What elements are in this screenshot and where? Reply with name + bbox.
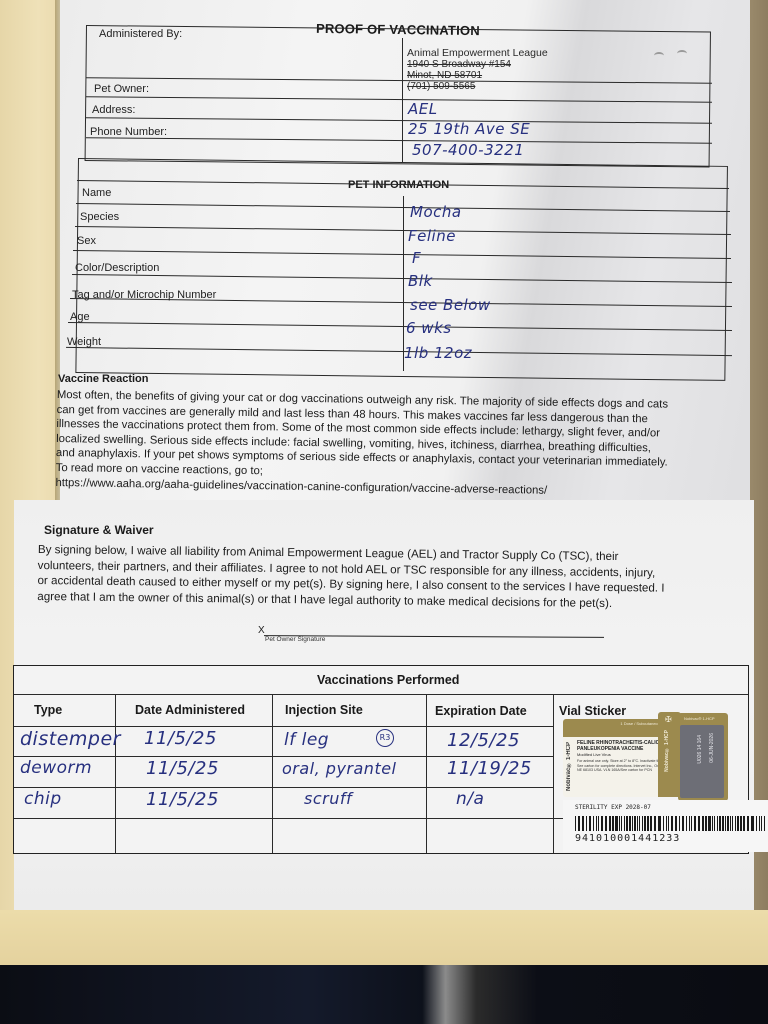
punch-hole-icon bbox=[677, 50, 687, 57]
age-label: Age bbox=[70, 311, 90, 323]
divider bbox=[426, 694, 427, 853]
sex-value: F bbox=[412, 249, 421, 267]
signature-caption: Pet Owner Signature bbox=[265, 636, 325, 643]
administered-by-label: Administered By: bbox=[99, 28, 182, 40]
weight-value: 1lb 12oz bbox=[404, 344, 472, 362]
address-value: 25 19th Ave SE bbox=[408, 120, 530, 138]
divider bbox=[553, 694, 554, 853]
col-vial-sticker: Vial Sticker bbox=[559, 704, 626, 718]
divider bbox=[14, 694, 748, 695]
waiver-text: By signing below, I waive all liability … bbox=[37, 542, 763, 613]
divider bbox=[14, 787, 554, 788]
name-value: Mocha bbox=[410, 203, 462, 221]
col-date-administered: Date Administered bbox=[135, 703, 245, 717]
name-label: Name bbox=[82, 187, 111, 199]
sticker-exp: 06-JUN-2026 bbox=[709, 733, 715, 763]
row1-site: lf leg bbox=[284, 730, 329, 750]
col-expiration-date: Expiration Date bbox=[435, 704, 527, 718]
microchip-label: Tag and/or Microchip Number bbox=[72, 289, 216, 301]
weight-label: Weight bbox=[67, 336, 101, 348]
row1-site-note: R3 bbox=[376, 729, 394, 747]
phone-value: 507-400-3221 bbox=[412, 141, 524, 159]
waiver-heading: Signature & Waiver bbox=[44, 523, 154, 537]
punch-hole-icon bbox=[654, 52, 664, 59]
row3-type: chip bbox=[24, 789, 62, 809]
row3-site: scruff bbox=[304, 789, 352, 808]
sticker-logo-icon: ✠ bbox=[665, 715, 672, 724]
row3-expiration: n/a bbox=[456, 789, 484, 809]
barcode-number: 941010001441233 bbox=[575, 833, 680, 844]
row1-expiration: 12/5/25 bbox=[447, 730, 520, 751]
col-type: Type bbox=[34, 703, 62, 717]
org-phone: (701) 509-5565 bbox=[407, 81, 475, 93]
col-injection-site: Injection Site bbox=[285, 703, 363, 717]
sex-label: Sex bbox=[77, 235, 96, 247]
vaccine-reaction-heading: Vaccine Reaction bbox=[58, 373, 149, 385]
divider bbox=[14, 726, 554, 727]
sticker-brand: Nobivac® 1-HCP bbox=[566, 741, 572, 791]
pet-owner-label: Pet Owner: bbox=[94, 83, 149, 95]
sticker-serial: U026 14 164 bbox=[697, 735, 703, 764]
folder-edge-bottom bbox=[0, 910, 768, 965]
color-label: Color/Description bbox=[75, 262, 159, 274]
sticker-product-type: Modified Live Virus bbox=[577, 752, 662, 758]
address-label: Address: bbox=[92, 104, 135, 116]
row3-date: 11/5/25 bbox=[146, 789, 219, 810]
sticker-tab-brand: Nobivac® 1-HCP bbox=[664, 730, 670, 772]
org-name: Animal Empowerment League bbox=[407, 47, 548, 59]
vaccine-reaction-text: Most often, the benefits of giving your … bbox=[55, 388, 747, 501]
sterility-exp: STERILITY EXP 2028-07 bbox=[575, 804, 651, 811]
barcode-label: STERILITY EXP 2028-07 941010001441233 bbox=[563, 800, 768, 852]
row1-date: 11/5/25 bbox=[144, 728, 217, 749]
row2-type: deworm bbox=[20, 758, 92, 778]
row1-type: distemper bbox=[20, 728, 121, 750]
barcode-icon bbox=[575, 816, 765, 831]
color-value: Blk bbox=[408, 272, 433, 290]
row2-site: oral, pyrantel bbox=[282, 759, 397, 778]
divider bbox=[115, 694, 116, 853]
microchip-value: see Below bbox=[410, 296, 491, 314]
sticker-product: FELINE RHINOTRACHEITIS-CALICI- PANLEUKOP… bbox=[577, 740, 662, 758]
species-label: Species bbox=[80, 211, 119, 223]
divider bbox=[14, 756, 554, 757]
age-value: 6 wks bbox=[406, 319, 452, 337]
sticker-lot-panel: U026 14 164 06-JUN-2026 bbox=[680, 725, 724, 798]
phone-label: Phone Number: bbox=[90, 126, 167, 138]
sticker-side-brand: Nobivac® 1-HCP bbox=[684, 716, 715, 721]
divider bbox=[272, 694, 273, 853]
background-floor bbox=[0, 965, 768, 1024]
pet-owner-value: AEL bbox=[408, 100, 438, 118]
vial-sticker-tab: ✠ Nobivac® 1-HCP bbox=[658, 712, 681, 797]
vaccinations-heading: Vaccinations Performed bbox=[317, 673, 459, 687]
row2-date: 11/5/25 bbox=[146, 758, 219, 779]
row2-expiration: 11/19/25 bbox=[447, 758, 532, 779]
species-value: Feline bbox=[408, 227, 456, 245]
